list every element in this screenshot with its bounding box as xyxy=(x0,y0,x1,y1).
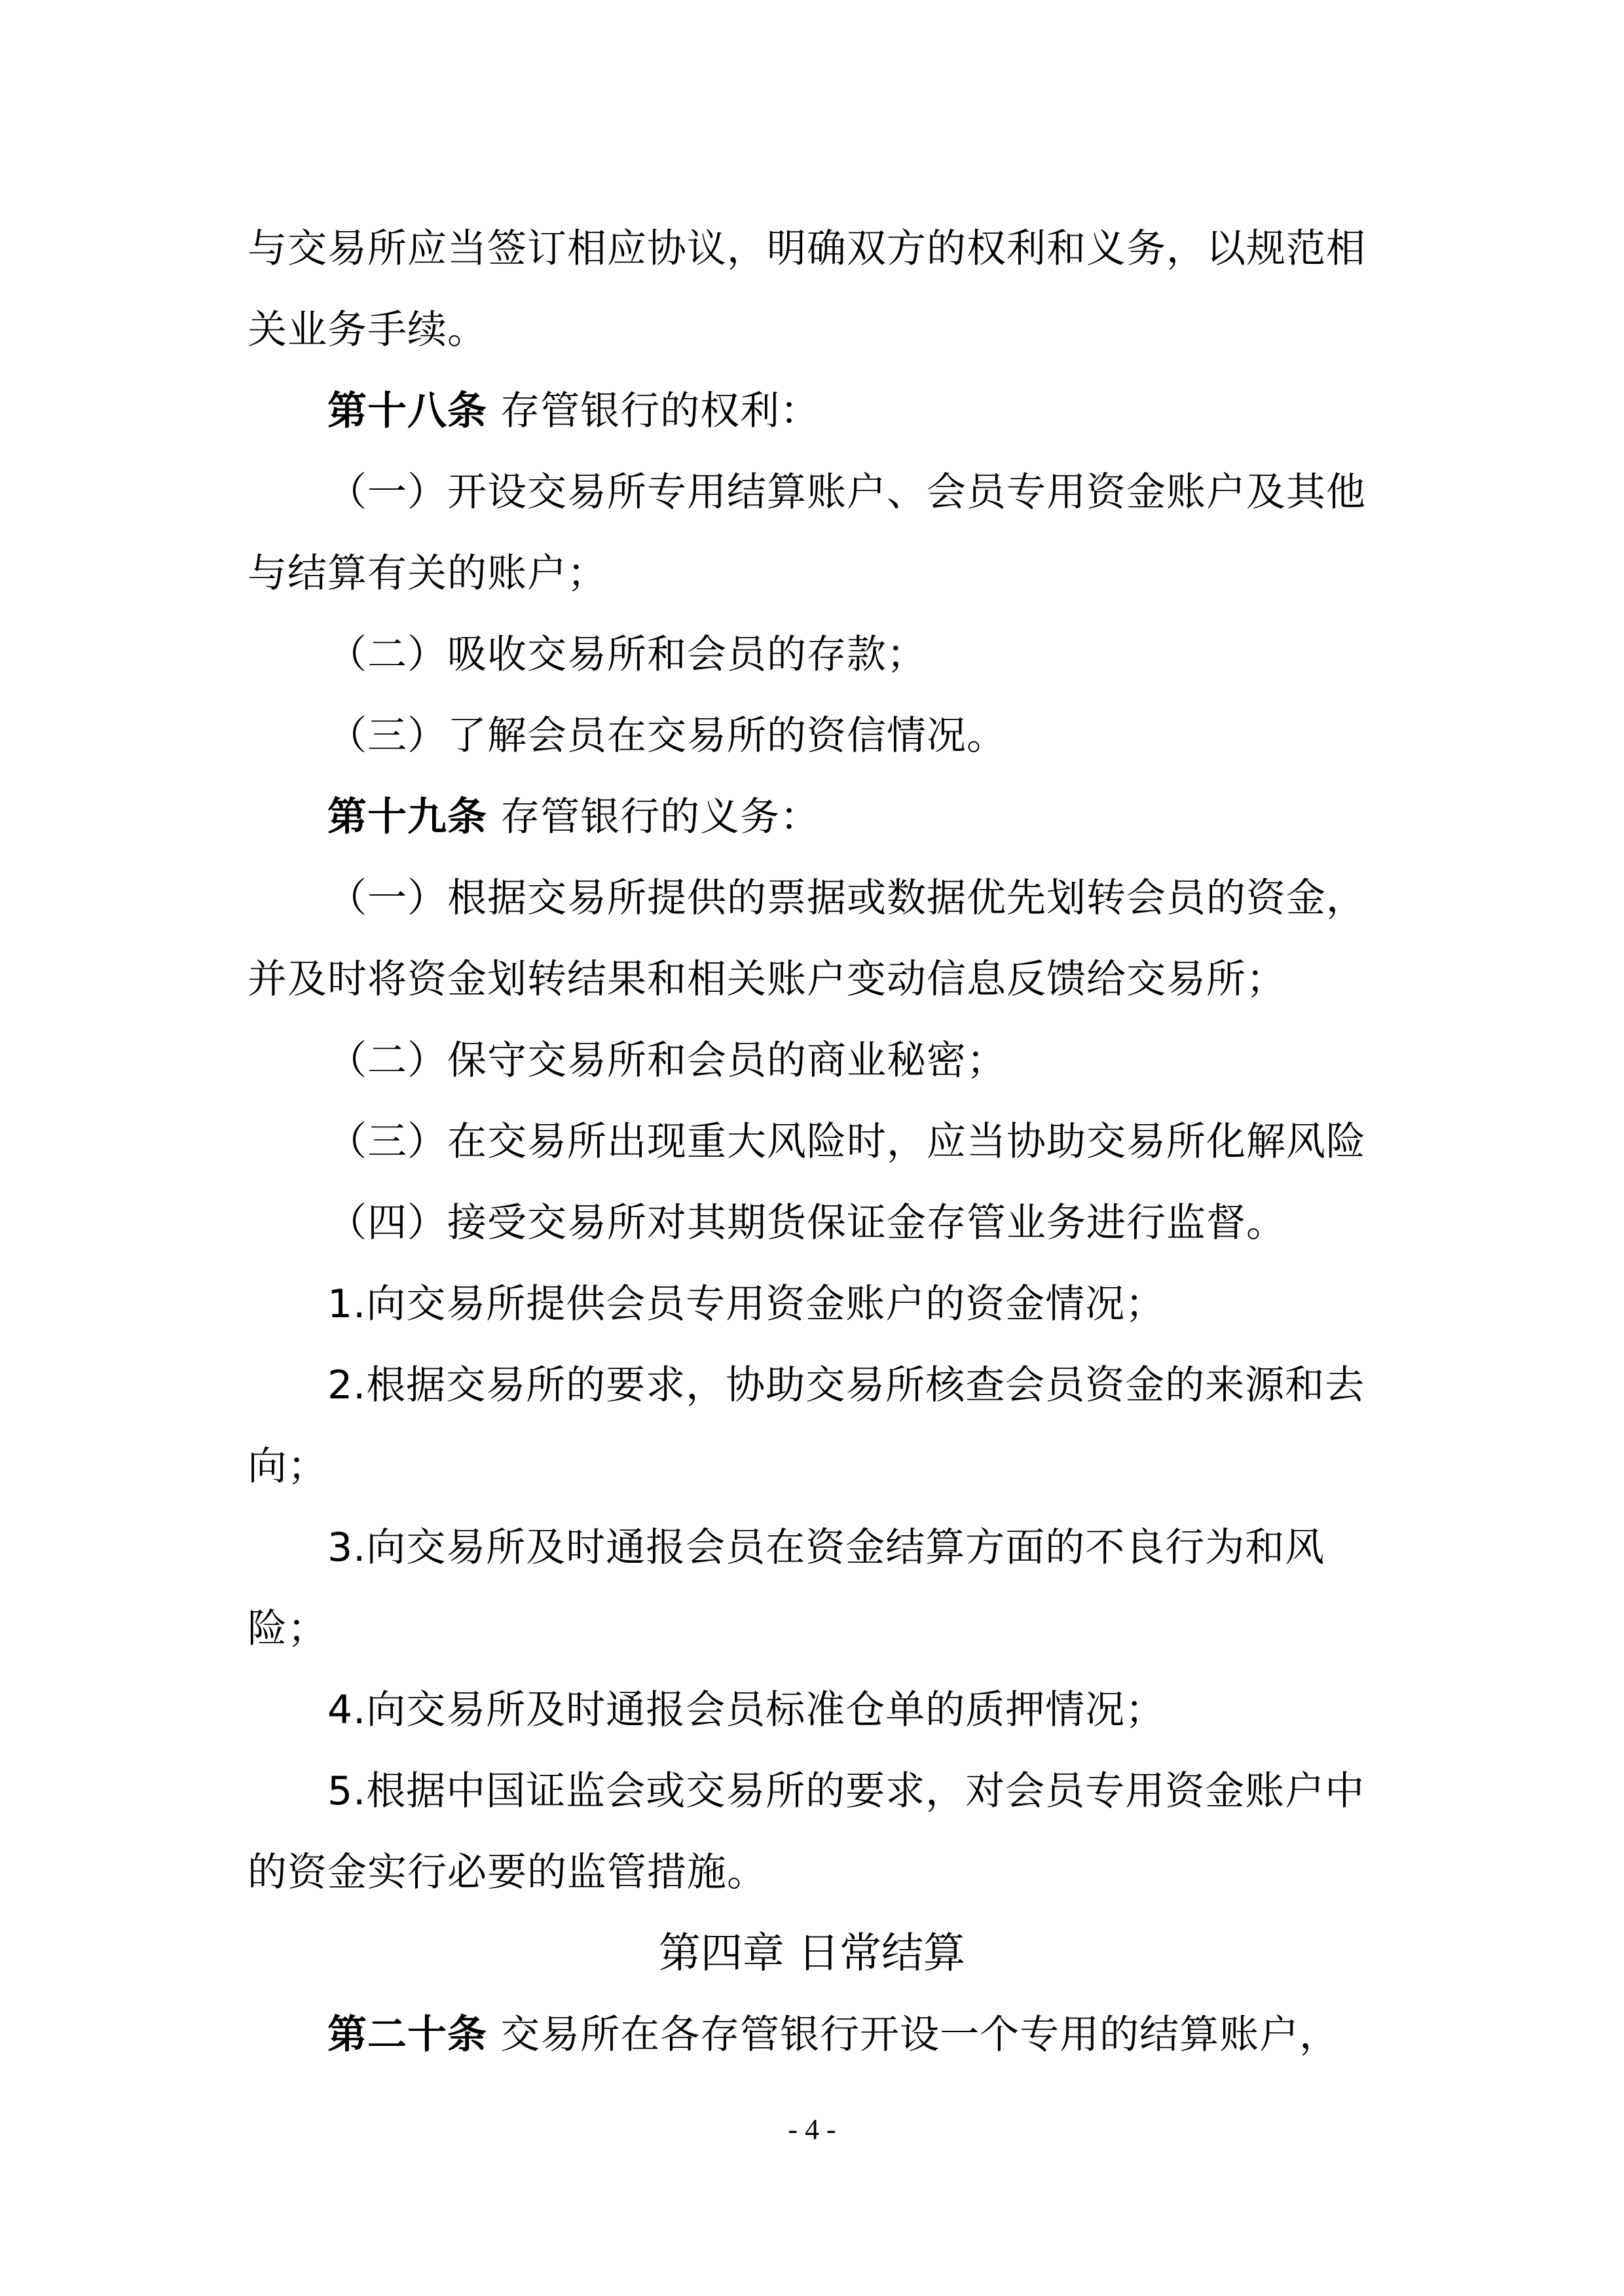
paragraph-line: 险； xyxy=(248,1603,1400,1655)
article-label: 第二十条 xyxy=(327,2012,487,2058)
article-label: 第十八条 xyxy=(327,388,487,434)
article-18-heading: 第十八条 存管银行的权利： xyxy=(327,385,1480,437)
paragraph-line: 的资金实行必要的监管措施。 xyxy=(248,1846,1400,1899)
article-title: 存管银行的义务： xyxy=(500,794,820,840)
paragraph-line: 向； xyxy=(248,1440,1400,1493)
article-20-heading: 第二十条 交易所在各存管银行开设一个专用的结算账户， xyxy=(327,2009,1480,2061)
paragraph-line: （三）了解会员在交易所的资信情况。 xyxy=(327,710,1480,762)
list-item: 4.向交易所及时通报会员标准仓单的质押情况； xyxy=(327,1684,1480,1736)
document-page: 与交易所应当签订相应协议，明确双方的权利和义务，以规范相 关业务手续。 第十八条… xyxy=(0,0,1624,2296)
list-item: 1.向交易所提供会员专用资金账户的资金情况； xyxy=(327,1278,1480,1330)
chapter-heading: 第四章 日常结算 xyxy=(0,1926,1624,1981)
paragraph-line: （二）保守交易所和会员的商业秘密； xyxy=(327,1034,1480,1087)
paragraph-line: （一）开设交易所专用结算账户、会员专用资金账户及其他 xyxy=(327,466,1480,519)
list-item: 2.根据交易所的要求，协助交易所核查会员资金的来源和去 xyxy=(327,1359,1480,1412)
article-label: 第十九条 xyxy=(327,794,487,840)
article-title: 存管银行的权利： xyxy=(500,388,820,434)
paragraph-line: （四）接受交易所对其期货保证金存管业务进行监督。 xyxy=(327,1197,1480,1249)
paragraph-line: （三）在交易所出现重大风险时，应当协助交易所化解风险 xyxy=(327,1116,1480,1168)
paragraph-line: （二）吸收交易所和会员的存款； xyxy=(327,629,1480,681)
page-number: - 4 - xyxy=(0,2111,1624,2148)
paragraph-line: 并及时将资金划转结果和相关账户变动信息反馈给交易所； xyxy=(248,953,1400,1006)
paragraph-line: 与交易所应当签订相应协议，明确双方的权利和义务，以规范相 xyxy=(248,223,1400,275)
list-item: 5.根据中国证监会或交易所的要求，对会员专用资金账户中 xyxy=(327,1765,1480,1817)
article-19-heading: 第十九条 存管银行的义务： xyxy=(327,791,1480,843)
paragraph-line: 与结算有关的账户； xyxy=(248,547,1400,600)
paragraph-line: （一）根据交易所提供的票据或数据优先划转会员的资金， xyxy=(327,872,1480,924)
article-text: 交易所在各存管银行开设一个专用的结算账户， xyxy=(500,2012,1339,2058)
paragraph-line: 关业务手续。 xyxy=(248,304,1400,356)
list-item: 3.向交易所及时通报会员在资金结算方面的不良行为和风 xyxy=(327,1522,1480,1574)
